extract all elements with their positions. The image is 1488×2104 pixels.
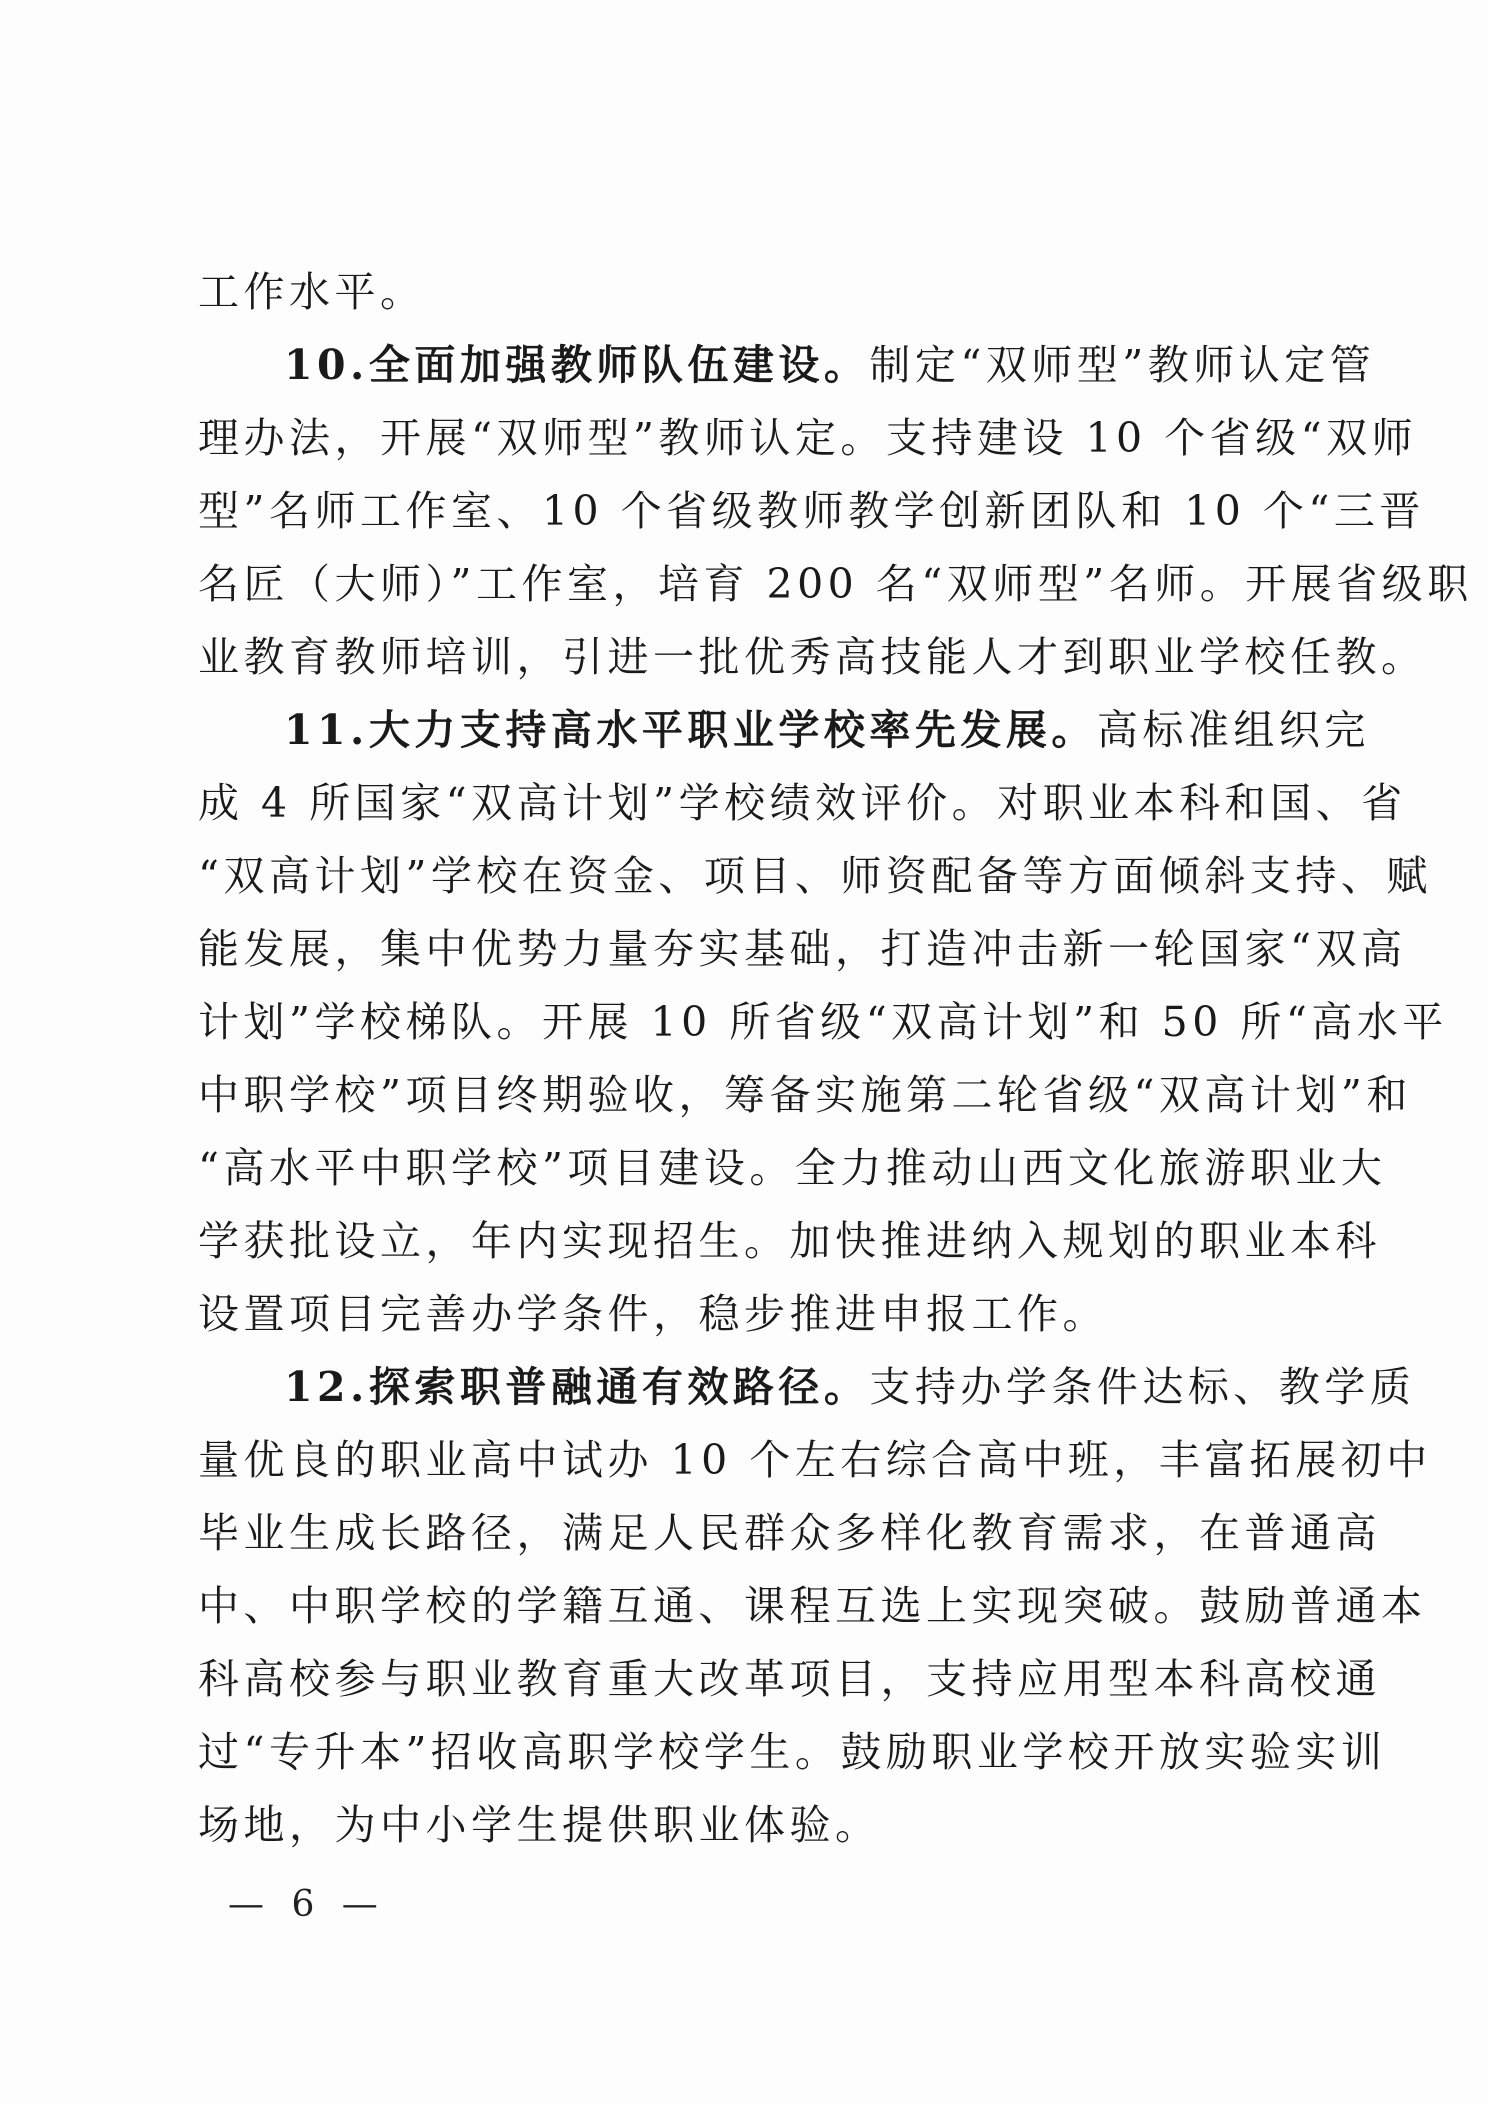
line-text: 设置项目完善办学条件，稳步推进申报工作。 [198, 1290, 1108, 1338]
paragraph-line: 中职学校”项目终期验收，筹备实施第二轮省级“双高计划”和 [198, 1065, 1310, 1125]
line-text: 成 4 所国家“双高计划”学校绩效评价。对职业本科和国、省 [198, 779, 1407, 827]
line-text: 制定“双师型”教师认定管 [869, 341, 1375, 389]
line-text: 理办法，开展“双师型”教师认定。支持建设 10 个省级“双师 [198, 414, 1417, 462]
paragraph-line: “双高计划”学校在资金、项目、师资配备等方面倾斜支持、赋 [198, 846, 1310, 906]
document-page: 工作水平。 10.全面加强教师队伍建设。制定“双师型”教师认定管 理办法，开展“… [0, 0, 1488, 2104]
paragraph-line: 能发展，集中优势力量夯实基础，打造冲击新一轮国家“双高 [198, 919, 1310, 979]
paragraph-line: 毕业生成长路径，满足人民群众多样化教育需求，在普通高 [198, 1503, 1310, 1563]
line-text: 业教育教师培训，引进一批优秀高技能人才到职业学校任教。 [198, 633, 1427, 681]
paragraph-line: 中、中职学校的学籍互通、课程互选上实现突破。鼓励普通本 [198, 1576, 1310, 1636]
paragraph-line: 工作水平。 [198, 262, 1310, 322]
paragraph-line: 理办法，开展“双师型”教师认定。支持建设 10 个省级“双师 [198, 408, 1310, 468]
line-text: “高水平中职学校”项目建设。全力推动山西文化旅游职业大 [198, 1144, 1386, 1192]
paragraph-line: 成 4 所国家“双高计划”学校绩效评价。对职业本科和国、省 [198, 773, 1310, 833]
paragraph-line: 型”名师工作室、10 个省级教师教学创新团队和 10 个“三晋 [198, 481, 1310, 541]
paragraph-line: 设置项目完善办学条件，稳步推进申报工作。 [198, 1284, 1310, 1344]
paragraph-line: 科高校参与职业教育重大改革项目，支持应用型本科高校通 [198, 1649, 1310, 1709]
line-text: 过“专升本”招收高职学校学生。鼓励职业学校开放实验实训 [198, 1728, 1386, 1776]
section-heading: 12.探索职普融通有效路径。 [284, 1363, 869, 1411]
paragraph-line: 场地，为中小学生提供职业体验。 [198, 1795, 1310, 1855]
line-text: 型”名师工作室、10 个省级教师教学创新团队和 10 个“三晋 [198, 487, 1425, 535]
line-text: 高标准组织完 [1097, 706, 1370, 754]
line-text: 科高校参与职业教育重大改革项目，支持应用型本科高校通 [198, 1655, 1381, 1703]
line-text: 中、中职学校的学籍互通、课程互选上实现突破。鼓励普通本 [198, 1582, 1427, 1630]
paragraph-line: 量优良的职业高中试办 10 个左右综合高中班，丰富拓展初中 [198, 1430, 1310, 1490]
section-11-heading-line: 11.大力支持高水平职业学校率先发展。高标准组织完 [284, 700, 1310, 760]
section-heading: 11.大力支持高水平职业学校率先发展。 [284, 706, 1097, 754]
page-number: — 6 — [228, 1880, 386, 1930]
paragraph-line: 名匠（大师）”工作室，培育 200 名“双师型”名师。开展省级职 [198, 554, 1310, 614]
line-text: 学获批设立，年内实现招生。加快推进纳入规划的职业本科 [198, 1217, 1381, 1265]
paragraph-line: 学获批设立，年内实现招生。加快推进纳入规划的职业本科 [198, 1211, 1310, 1271]
paragraph-line: 业教育教师培训，引进一批优秀高技能人才到职业学校任教。 [198, 627, 1310, 687]
line-text: 名匠（大师）”工作室，培育 200 名“双师型”名师。开展省级职 [198, 560, 1473, 608]
section-12-heading-line: 12.探索职普融通有效路径。支持办学条件达标、教学质 [284, 1357, 1310, 1417]
line-text: 能发展，集中优势力量夯实基础，打造冲击新一轮国家“双高 [198, 925, 1406, 973]
line-text: 工作水平。 [198, 268, 426, 316]
line-text: 中职学校”项目终期验收，筹备实施第二轮省级“双高计划”和 [198, 1071, 1412, 1119]
paragraph-line: 过“专升本”招收高职学校学生。鼓励职业学校开放实验实训 [198, 1722, 1310, 1782]
line-text: “双高计划”学校在资金、项目、师资配备等方面倾斜支持、赋 [198, 852, 1432, 900]
line-text: 支持办学条件达标、教学质 [869, 1363, 1415, 1411]
paragraph-line: “高水平中职学校”项目建设。全力推动山西文化旅游职业大 [198, 1138, 1310, 1198]
paragraph-line: 计划”学校梯队。开展 10 所省级“双高计划”和 50 所“高水平 [198, 992, 1310, 1052]
line-text: 毕业生成长路径，满足人民群众多样化教育需求，在普通高 [198, 1509, 1381, 1557]
line-text: 量优良的职业高中试办 10 个左右综合高中班，丰富拓展初中 [198, 1436, 1432, 1484]
section-10-heading-line: 10.全面加强教师队伍建设。制定“双师型”教师认定管 [284, 335, 1310, 395]
section-heading: 10.全面加强教师队伍建设。 [284, 341, 869, 389]
line-text: 计划”学校梯队。开展 10 所省级“双高计划”和 50 所“高水平 [198, 998, 1448, 1046]
line-text: 场地，为中小学生提供职业体验。 [198, 1801, 881, 1849]
